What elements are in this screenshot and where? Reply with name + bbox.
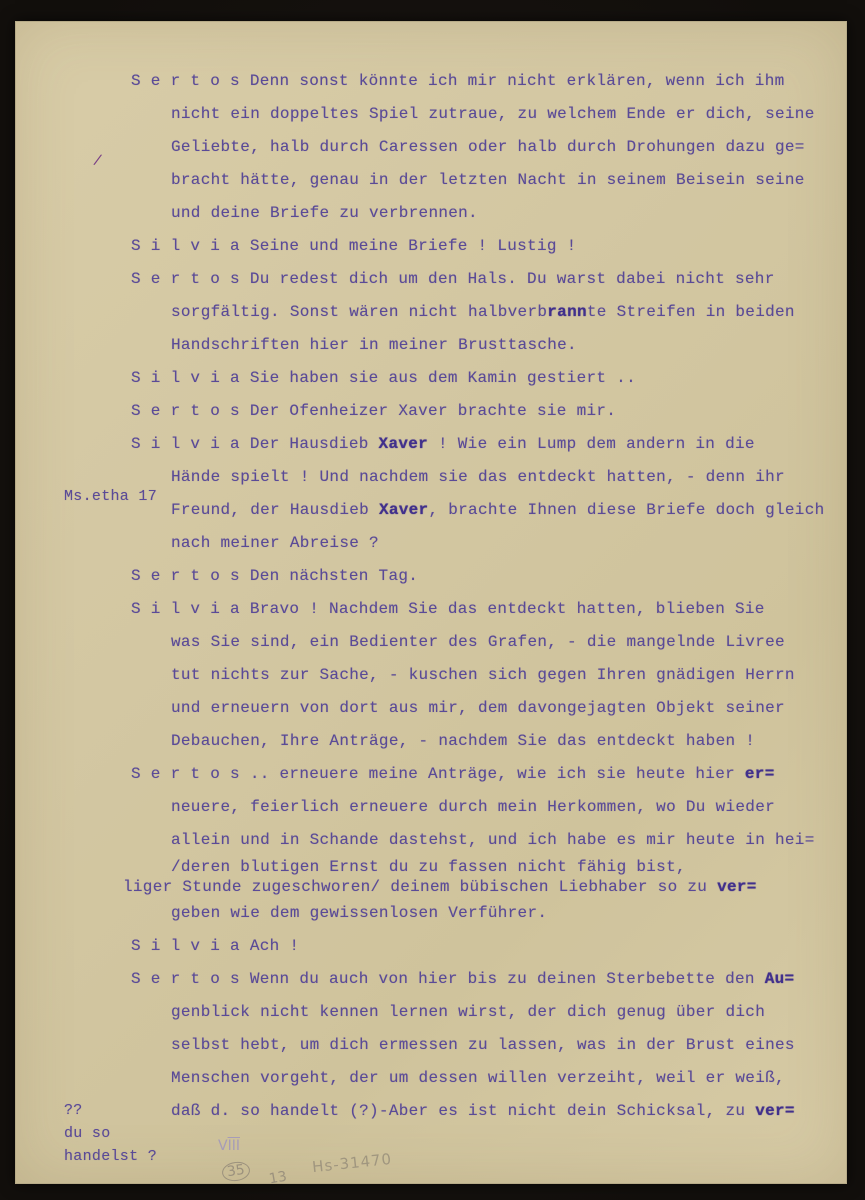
typescript-line: S e r t o s Du redest dich um den Hals. … [131, 263, 836, 296]
typescript-line: sorgfältig. Sonst wären nicht halbverbra… [171, 296, 836, 329]
correction-slash-mark: / [92, 152, 103, 170]
typescript-line: S e r t o s Wenn du auch von hier bis zu… [131, 963, 836, 996]
typescript-line: bracht hätte, genau in der letzten Nacht… [171, 164, 836, 197]
typescript-line: S i l v i a Der Hausdieb Xaver ! Wie ein… [131, 428, 836, 461]
typescript-line: allein und in Schande dastehst, und ich … [171, 824, 836, 857]
typescript-line: /deren blutigen Ernst du zu fassen nicht… [171, 857, 836, 877]
typescript-line: S i l v i a Bravo ! Nachdem Sie das entd… [131, 593, 836, 626]
pencil-page-number: 13 [268, 1169, 288, 1188]
typescript-line: Freund, der Hausdieb Xaver, brachte Ihne… [171, 494, 836, 527]
typescript-line: S e r t o s .. erneuere meine Anträge, w… [131, 758, 836, 791]
typescript-line: daß d. so handelt (?)-Aber es ist nicht … [171, 1095, 836, 1128]
pencil-shelfmark: Hs-31470 [311, 1150, 393, 1176]
typescript-line: liger Stunde zugeschworen/ deinem bübisc… [123, 877, 836, 897]
typescript-line: und deine Briefe zu verbrennen. [171, 197, 836, 230]
typescript-line: was Sie sind, ein Bedienter des Grafen, … [171, 626, 836, 659]
typescript-line: geben wie dem gewissenlosen Verführer. [171, 897, 836, 930]
typescript-line: Handschriften hier in meiner Brusttasche… [171, 329, 836, 362]
typescript-line: Geliebte, halb durch Caressen oder halb … [171, 131, 836, 164]
scan-background: S e r t o s Denn sonst könnte ich mir ni… [0, 0, 865, 1200]
typescript-line: Debauchen, Ihre Anträge, - nachdem Sie d… [171, 725, 836, 758]
typescript-line: neuere, feierlich erneuere durch mein He… [171, 791, 836, 824]
typescript-line: S e r t o s Der Ofenheizer Xaver brachte… [131, 395, 836, 428]
typescript-line: S i l v i a Ach ! [131, 930, 836, 963]
typescript-line: und erneuern von dort aus mir, dem davon… [171, 692, 836, 725]
manuscript-page: S e r t o s Denn sonst könnte ich mir ni… [15, 21, 847, 1184]
typescript-line: S i l v i a Seine und meine Briefe ! Lus… [131, 230, 836, 263]
typescript-line: nicht ein doppeltes Spiel zutraue, zu we… [171, 98, 836, 131]
typescript-line: S i l v i a Sie haben sie aus dem Kamin … [131, 362, 836, 395]
typescript-line: S e r t o s Den nächsten Tag. [131, 560, 836, 593]
margin-note-du-so: du so [64, 1125, 111, 1142]
margin-note-manuscript-number: Ms.etha 17 [64, 488, 157, 505]
typescript-line: Hände spielt ! Und nachdem sie das entde… [171, 461, 836, 494]
margin-note-handelst: handelst ? [64, 1148, 157, 1165]
margin-note-query-marks: ?? [64, 1102, 83, 1119]
typescript-line: S e r t o s Denn sonst könnte ich mir ni… [131, 65, 836, 98]
typescript-line: genblick nicht kennen lernen wirst, der … [171, 996, 836, 1029]
typescript-line: tut nichts zur Sache, - kuschen sich geg… [171, 659, 836, 692]
typescript-body: S e r t o s Denn sonst könnte ich mir ni… [131, 65, 836, 1128]
pencil-volume-numeral: VIII [218, 1138, 240, 1154]
pencil-circled-number: 35 [221, 1160, 251, 1183]
typescript-line: selbst hebt, um dich ermessen zu lassen,… [171, 1029, 836, 1062]
typescript-line: nach meiner Abreise ? [171, 527, 836, 560]
typescript-line: Menschen vorgeht, der um dessen willen v… [171, 1062, 836, 1095]
